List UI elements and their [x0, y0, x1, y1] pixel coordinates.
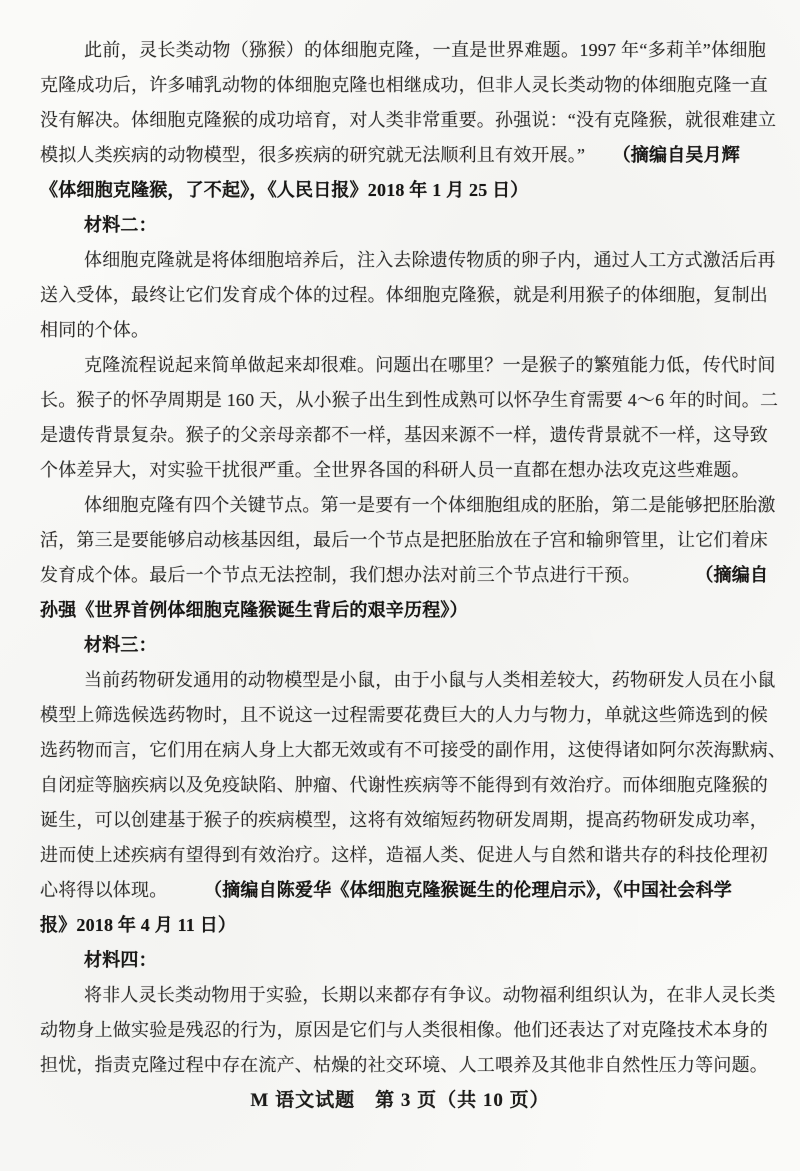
text-line: 是遗传背景复杂。猴子的父亲母亲都不一样，基因来源不一样，遗传背景就不一样，这导致 [40, 418, 766, 453]
body-text: 自闭症等脑疾病以及免疫缺陷、肿瘤、代谢性疾病等不能得到有效治疗。而体细胞克隆猴的 [40, 768, 768, 803]
body-text: 选药物而言，它们用在病人身上大都无效或有不可接受的副作用，这使得诸如阿尔茨海默病… [40, 733, 786, 768]
text-line: 模型上筛选候选药物时，且不说这一过程需要花费巨大的人力与物力，单就这些筛选到的候 [40, 698, 766, 733]
text-line: 报》2018 年 4 月 11 日） [40, 908, 766, 943]
citation-text: （摘编自陈爱华《体细胞克隆猴诞生的伦理启示》，《中国社会科学 [213, 880, 732, 900]
body-text: 送入受体，最终让它们发育成个体的过程。体细胞克隆猴，就是利用猴子的体细胞，复制出 [40, 278, 768, 313]
text-line: 模拟人类疾病的动物模型，很多疾病的研究就无法顺利且有效开展。” （摘编自吴月辉 [40, 138, 766, 173]
citation-text: （摘编自吴月辉 [622, 145, 740, 165]
citation-text: （摘编自 [704, 565, 768, 585]
body-text: 个体差异大，对实验干扰很严重。全世界各国的科研人员一直都在想办法攻克这些难题。 [40, 460, 750, 480]
citation-text: 《体细胞克隆猴，了不起》，《人民日报》2018 年 1 月 25 日） [40, 180, 529, 200]
material-heading: 材料三： [40, 628, 766, 663]
text-line: 个体差异大，对实验干扰很严重。全世界各国的科研人员一直都在想办法攻克这些难题。 [40, 453, 766, 488]
text-line: 将非人灵长类动物用于实验，长期以来都存有争议。动物福利组织认为，在非人灵长类 [40, 978, 766, 1013]
body-text: 此前，灵长类动物（猕猴）的体细胞克隆，一直是世界难题。1997 年“多莉羊”体细… [84, 33, 766, 68]
text-line: 《体细胞克隆猴，了不起》，《人民日报》2018 年 1 月 25 日） [40, 173, 766, 208]
document-text-block: 此前，灵长类动物（猕猴）的体细胞克隆，一直是世界难题。1997 年“多莉羊”体细… [40, 33, 766, 1083]
text-line: 选药物而言，它们用在病人身上大都无效或有不可接受的副作用，这使得诸如阿尔茨海默病… [40, 733, 766, 768]
citation-text: 报》2018 年 4 月 11 日） [40, 915, 236, 935]
text-line: 心将得以体现。 （摘编自陈爱华《体细胞克隆猴诞生的伦理启示》，《中国社会科学 [40, 873, 766, 908]
text-line: 自闭症等脑疾病以及免疫缺陷、肿瘤、代谢性疾病等不能得到有效治疗。而体细胞克隆猴的 [40, 768, 766, 803]
citation-text: 孙强《世界首例体细胞克隆猴诞生背后的艰辛历程》） [40, 600, 468, 620]
material-heading: 材料二： [40, 208, 766, 243]
body-text: 发育成个体。最后一个节点无法控制，我们想办法对前三个节点进行干预。 [40, 565, 704, 585]
body-text: 克隆成功后，许多哺乳动物的体细胞克隆也相继成功，但非人灵长类动物的体细胞克隆一直 [40, 68, 768, 103]
text-line: 发育成个体。最后一个节点无法控制，我们想办法对前三个节点进行干预。 （摘编自 [40, 558, 766, 593]
text-line: 相同的个体。 [40, 313, 766, 348]
body-text: 长。猴子的怀孕周期是 160 天，从小猴子出生到性成熟可以怀孕生育需要 4～6 … [40, 383, 778, 418]
material-heading: 材料四： [40, 943, 766, 978]
text-line: 没有解决。体细胞克隆猴的成功培育，对人类非常重要。孙强说：“没有克隆猴，就很难建… [40, 103, 766, 138]
text-line: 长。猴子的怀孕周期是 160 天，从小猴子出生到性成熟可以怀孕生育需要 4～6 … [40, 383, 766, 418]
text-line: 动物身上做实验是残忍的行为，原因是它们与人类很相像。他们还表达了对克隆技术本身的 [40, 1013, 766, 1048]
text-line: 当前药物研发通用的动物模型是小鼠，由于小鼠与人类相差较大，药物研发人员在小鼠 [40, 663, 766, 698]
body-text: 体细胞克隆就是将体细胞培养后，注入去除遗传物质的卵子内，通过人工方式激活后再 [84, 243, 776, 278]
text-line: 克隆流程说起来简单做起来却很难。问题出在哪里？一是猴子的繁殖能力低，传代时间 [40, 348, 766, 383]
text-line: 此前，灵长类动物（猕猴）的体细胞克隆，一直是世界难题。1997 年“多莉羊”体细… [40, 33, 766, 68]
body-text: 活，第三是要能够启动核基因组，最后一个节点是把胚胎放在子宫和输卵管里，让它们着床 [40, 523, 768, 558]
citation-text: 材料四： [84, 950, 157, 970]
text-line: 克隆成功后，许多哺乳动物的体细胞克隆也相继成功，但非人灵长类动物的体细胞克隆一直 [40, 68, 766, 103]
citation-text: 材料三： [84, 635, 157, 655]
body-text: 体细胞克隆有四个关键节点。第一是要有一个体细胞组成的胚胎，第二是能够把胚胎激 [84, 488, 776, 523]
body-text: 是遗传背景复杂。猴子的父亲母亲都不一样，基因来源不一样，遗传背景就不一样，这导致 [40, 418, 768, 453]
page-footer: M 语文试题 第 3 页（共 10 页） [0, 1083, 800, 1118]
scanned-document-page: 此前，灵长类动物（猕猴）的体细胞克隆，一直是世界难题。1997 年“多莉羊”体细… [0, 0, 800, 1171]
text-line: 体细胞克隆就是将体细胞培养后，注入去除遗传物质的卵子内，通过人工方式激活后再 [40, 243, 766, 278]
text-line: 体细胞克隆有四个关键节点。第一是要有一个体细胞组成的胚胎，第二是能够把胚胎激 [40, 488, 766, 523]
text-line: 进而使上述疾病有望得到有效治疗。这样，造福人类、促进人与自然和谐共存的科技伦理初 [40, 838, 766, 873]
body-text: 当前药物研发通用的动物模型是小鼠，由于小鼠与人类相差较大，药物研发人员在小鼠 [84, 663, 776, 698]
text-line: 孙强《世界首例体细胞克隆猴诞生背后的艰辛历程》） [40, 593, 766, 628]
body-text: 相同的个体。 [40, 320, 149, 340]
body-text: 将非人灵长类动物用于实验，长期以来都存有争议。动物福利组织认为，在非人灵长类 [84, 978, 776, 1013]
body-text: 模型上筛选候选药物时，且不说这一过程需要花费巨大的人力与物力，单就这些筛选到的候 [40, 698, 768, 733]
body-text: 诞生，可以创建基于猴子的疾病模型，这将有效缩短药物研发周期，提高药物研发成功率， [40, 803, 768, 838]
body-text: 担忧，指责克隆过程中存在流产、枯燥的社交环境、人工喂养及其他非自然性压力等问题。 [40, 1048, 768, 1083]
text-line: 担忧，指责克隆过程中存在流产、枯燥的社交环境、人工喂养及其他非自然性压力等问题。 [40, 1048, 766, 1083]
body-text: 进而使上述疾病有望得到有效治疗。这样，造福人类、促进人与自然和谐共存的科技伦理初 [40, 838, 768, 873]
citation-text: 材料二： [84, 215, 157, 235]
body-text: 没有解决。体细胞克隆猴的成功培育，对人类非常重要。孙强说：“没有克隆猴，就很难建… [40, 103, 776, 138]
body-text: 克隆流程说起来简单做起来却很难。问题出在哪里？一是猴子的繁殖能力低，传代时间 [84, 348, 776, 383]
body-text: 心将得以体现。 [40, 880, 213, 900]
text-line: 送入受体，最终让它们发育成个体的过程。体细胞克隆猴，就是利用猴子的体细胞，复制出 [40, 278, 766, 313]
text-line: 诞生，可以创建基于猴子的疾病模型，这将有效缩短药物研发周期，提高药物研发成功率， [40, 803, 766, 838]
body-text: 模拟人类疾病的动物模型，很多疾病的研究就无法顺利且有效开展。” [40, 145, 622, 165]
body-text: 动物身上做实验是残忍的行为，原因是它们与人类很相像。他们还表达了对克隆技术本身的 [40, 1013, 768, 1048]
text-line: 活，第三是要能够启动核基因组，最后一个节点是把胚胎放在子宫和输卵管里，让它们着床 [40, 523, 766, 558]
